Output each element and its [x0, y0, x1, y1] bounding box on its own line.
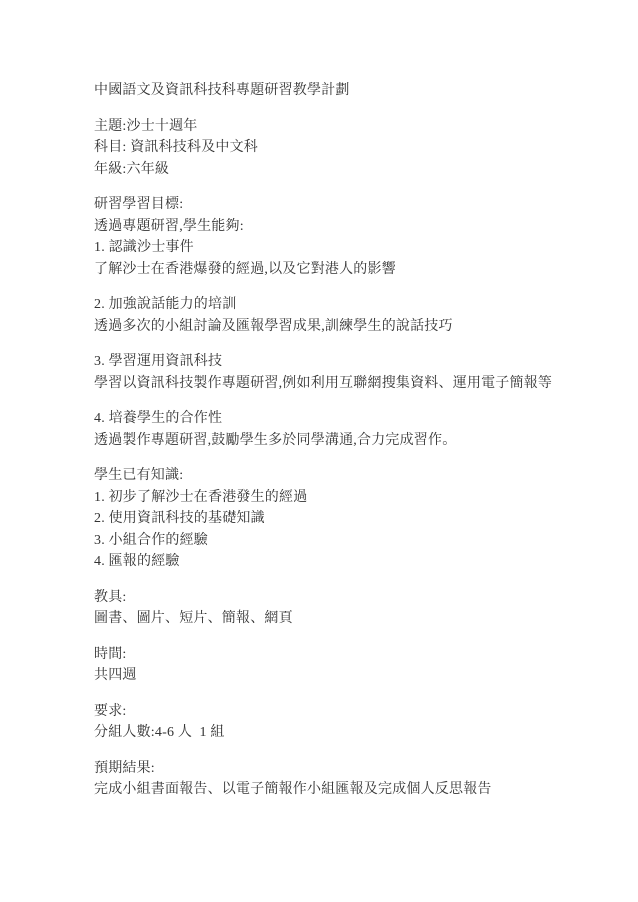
objective-item-title: 4. 培養學生的合作性 [94, 408, 608, 430]
meta-theme: 主題:沙士十週年 [94, 116, 608, 138]
objective-item: 2. 加強說話能力的培訓 透過多次的小組討論及匯報學習成果,訓練學生的說話技巧 [94, 294, 608, 337]
expected-results-heading: 預期結果: [94, 758, 608, 780]
document-content: 中國語文及資訊科技科專題研習教學計劃 主題:沙士十週年 科目: 資訊科技科及中文… [94, 80, 608, 801]
objective-item: 1. 認識沙士事件 了解沙士在香港爆發的經過,以及它對港人的影響 [94, 237, 608, 280]
spacer [94, 573, 608, 587]
objective-item-desc: 透過製作專題研習,鼓勵學生多於同學溝通,合力完成習作。 [94, 430, 608, 452]
prior-knowledge-section: 學生已有知識: 1. 初步了解沙士在香港發生的經過 2. 使用資訊科技的基礎知識… [94, 465, 608, 573]
spacer [94, 337, 608, 351]
objective-item: 3. 學習運用資訊科技 學習以資訊科技製作專題研習,例如利用互聯網搜集資料、運用… [94, 351, 608, 394]
spacer [94, 180, 608, 194]
expected-results-section: 預期結果: 完成小組書面報告、以電子簡報作小組匯報及完成個人反思報告 [94, 758, 608, 801]
objectives-intro: 透過專題研習,學生能夠: [94, 216, 608, 238]
prior-knowledge-heading: 學生已有知識: [94, 465, 608, 487]
requirements-heading: 要求: [94, 701, 608, 723]
objective-item-desc: 學習以資訊科技製作專題研習,例如利用互聯網搜集資料、運用電子簡報等 [94, 373, 608, 395]
objective-item-title: 2. 加強說話能力的培訓 [94, 294, 608, 316]
prior-knowledge-item: 3. 小組合作的經驗 [94, 530, 608, 552]
teaching-aids-heading: 教具: [94, 587, 608, 609]
prior-knowledge-item: 2. 使用資訊科技的基礎知識 [94, 508, 608, 530]
spacer [94, 744, 608, 758]
document-title: 中國語文及資訊科技科專題研習教學計劃 [94, 80, 608, 102]
meta-grade: 年級:六年級 [94, 159, 608, 181]
objective-item-title: 3. 學習運用資訊科技 [94, 351, 608, 373]
time-section: 時間: 共四週 [94, 644, 608, 687]
spacer [94, 630, 608, 644]
spacer [94, 280, 608, 294]
requirements-section: 要求: 分組人數:4-6 人 1 組 [94, 701, 608, 744]
meta-section: 主題:沙士十週年 科目: 資訊科技科及中文科 年級:六年級 [94, 116, 608, 181]
requirements-content: 分組人數:4-6 人 1 組 [94, 722, 608, 744]
spacer [94, 451, 608, 465]
objective-item-desc: 了解沙士在香港爆發的經過,以及它對港人的影響 [94, 259, 608, 281]
teaching-aids-content: 圖書、圖片、短片、簡報、網頁 [94, 608, 608, 630]
time-content: 共四週 [94, 665, 608, 687]
prior-knowledge-item: 4. 匯報的經驗 [94, 551, 608, 573]
time-heading: 時間: [94, 644, 608, 666]
expected-results-content: 完成小組書面報告、以電子簡報作小組匯報及完成個人反思報告 [94, 779, 608, 801]
teaching-aids-section: 教具: 圖書、圖片、短片、簡報、網頁 [94, 587, 608, 630]
objectives-section: 研習學習目標: 透過專題研習,學生能夠: 1. 認識沙士事件 了解沙士在香港爆發… [94, 194, 608, 451]
objective-item-desc: 透過多次的小組討論及匯報學習成果,訓練學生的說話技巧 [94, 316, 608, 338]
spacer [94, 102, 608, 116]
objective-item-title: 1. 認識沙士事件 [94, 237, 608, 259]
objective-item: 4. 培養學生的合作性 透過製作專題研習,鼓勵學生多於同學溝通,合力完成習作。 [94, 408, 608, 451]
prior-knowledge-item: 1. 初步了解沙士在香港發生的經過 [94, 487, 608, 509]
spacer [94, 687, 608, 701]
meta-subject: 科目: 資訊科技科及中文科 [94, 137, 608, 159]
objectives-heading: 研習學習目標: [94, 194, 608, 216]
document-page: 中國語文及資訊科技科專題研習教學計劃 主題:沙士十週年 科目: 資訊科技科及中文… [0, 0, 638, 902]
spacer [94, 394, 608, 408]
